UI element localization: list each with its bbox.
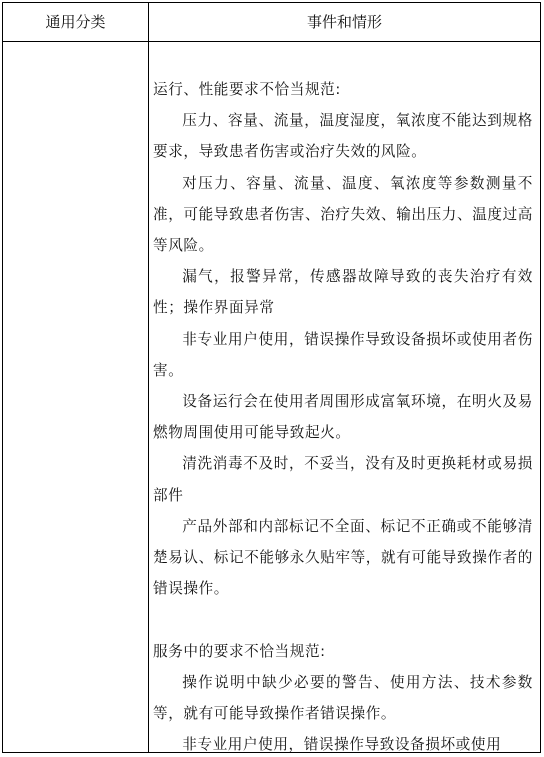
list-item: 压力、容量、流量，温度湿度，氧浓度不能达到规格要求，导致患者伤害或治疗失效的风险… [153, 105, 533, 167]
section-title-service: 服务中的要求不恰当规范: [153, 636, 533, 667]
list-item: 漏气，报警异常，传感器故障导致的丧失治疗有效性；操作界面异常 [153, 261, 533, 323]
events-cell: 运行、性能要求不恰当规范: 压力、容量、流量，温度湿度，氧浓度不能达到规格要求，… [153, 74, 533, 757]
column-divider [148, 3, 149, 752]
header-events-and-situations: 事件和情形 [149, 3, 540, 41]
list-item: 非专业用户使用，错误操作导致设备损坏或使用 [153, 729, 533, 757]
list-item: 设备运行会在使用者周围形成富氧环境，在明火及易燃物周围使用可能导致起火。 [153, 386, 533, 448]
section-title-operation: 运行、性能要求不恰当规范: [153, 74, 533, 105]
list-item: 对压力、容量、流量、温度、氧浓度等参数测量不准，可能导致患者伤害、治疗失效、输出… [153, 168, 533, 262]
table-header-row: 通用分类 事件和情形 [3, 3, 540, 42]
header-general-category: 通用分类 [3, 3, 148, 41]
list-item: 产品外部和内部标记不全面、标记不正确或不能够清楚易认、标记不能够永久贴牢等，就有… [153, 511, 533, 605]
list-item: 非专业用户使用，错误操作导致设备损坏或使用者伤害。 [153, 324, 533, 386]
list-item: 操作说明中缺少必要的警告、使用方法、技术参数等，就有可能导致操作者错误操作。 [153, 667, 533, 729]
list-item: 清洗消毒不及时，不妥当，没有及时更换耗材或易损部件 [153, 448, 533, 510]
